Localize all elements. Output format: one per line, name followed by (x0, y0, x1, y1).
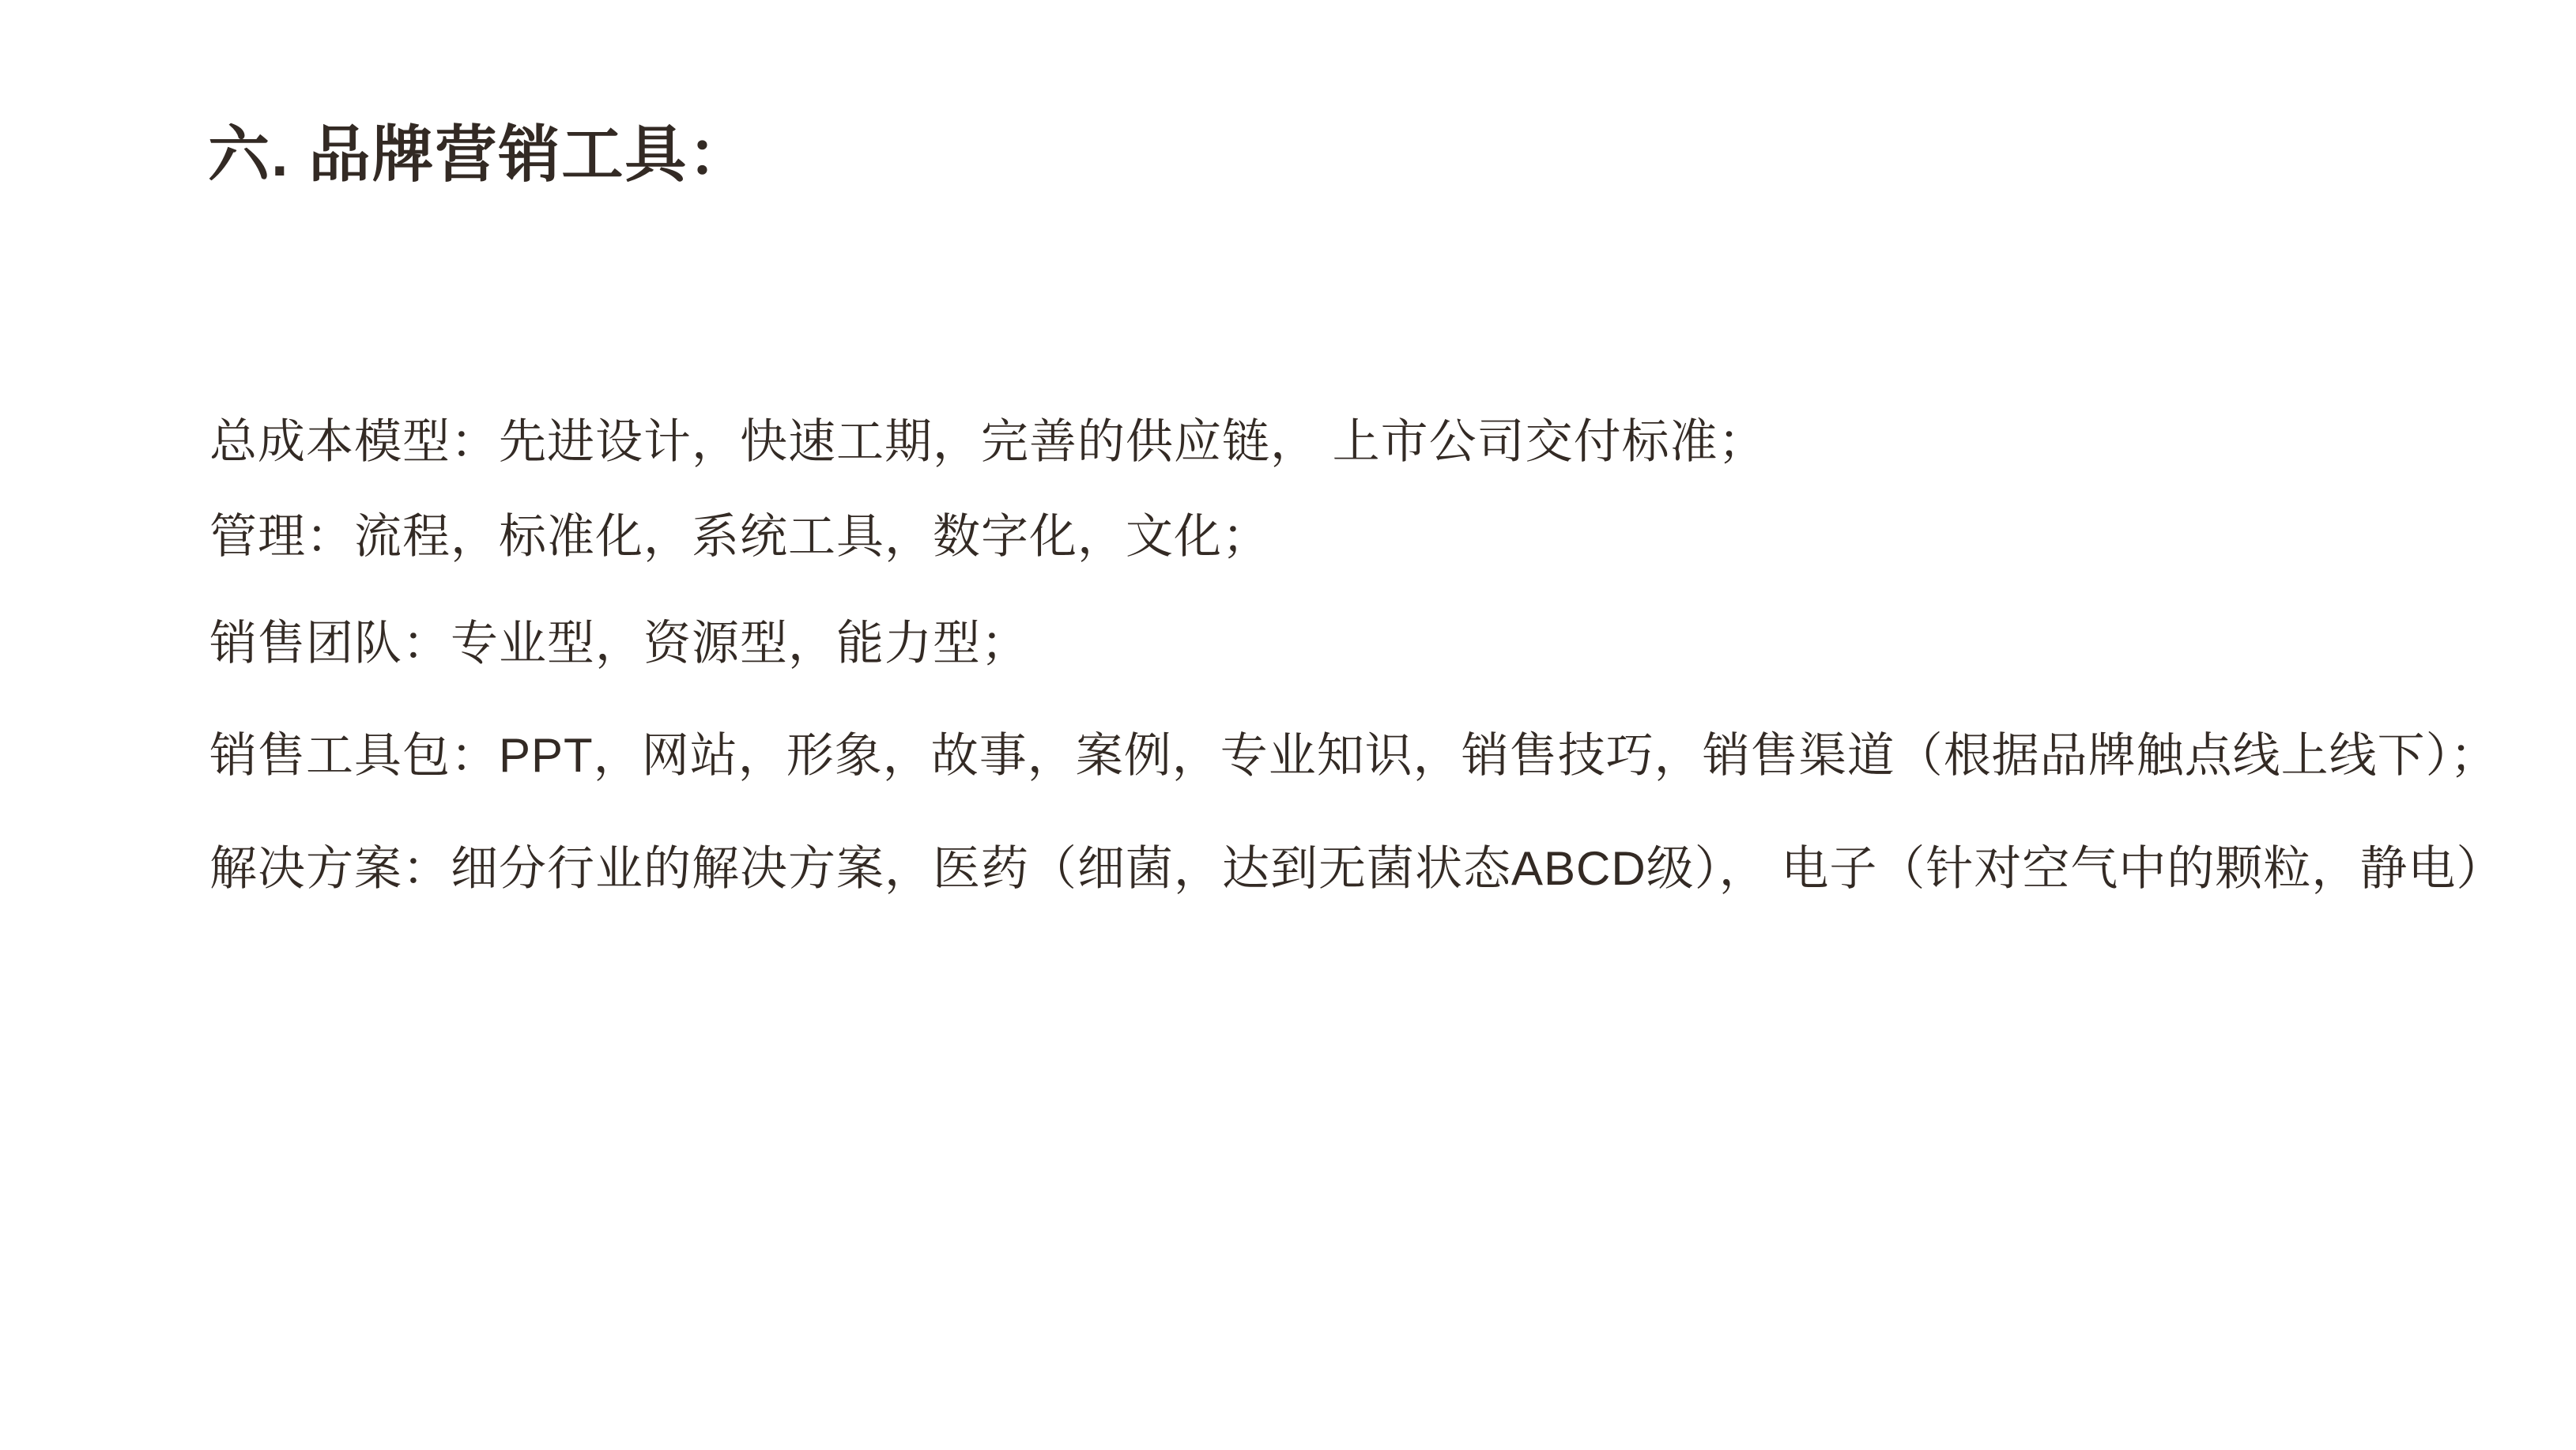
section-heading: 六. 品牌营销工具： (208, 120, 751, 189)
paragraph-sales-team: 销售团队：专业型，资源型，能力型； (209, 617, 1029, 670)
paragraph-solutions: 解决方案：细分行业的解决方案，医药（细菌，达到无菌状态ABCD级）， 电子（针对… (209, 843, 2504, 895)
paragraph-sales-toolkit: 销售工具包：PPT，网站，形象，故事，案例，专业知识，销售技巧，销售渠道（根据品… (209, 730, 2499, 782)
document-page: 六. 品牌营销工具： 总成本模型：先进设计，快速工期，完善的供应链， 上市公司交… (0, 0, 2576, 1450)
paragraph-management: 管理：流程，标准化，系统工具，数字化，文化； (209, 511, 1270, 563)
paragraph-total-cost-model: 总成本模型：先进设计，快速工期，完善的供应链， 上市公司交付标准； (209, 416, 1767, 468)
